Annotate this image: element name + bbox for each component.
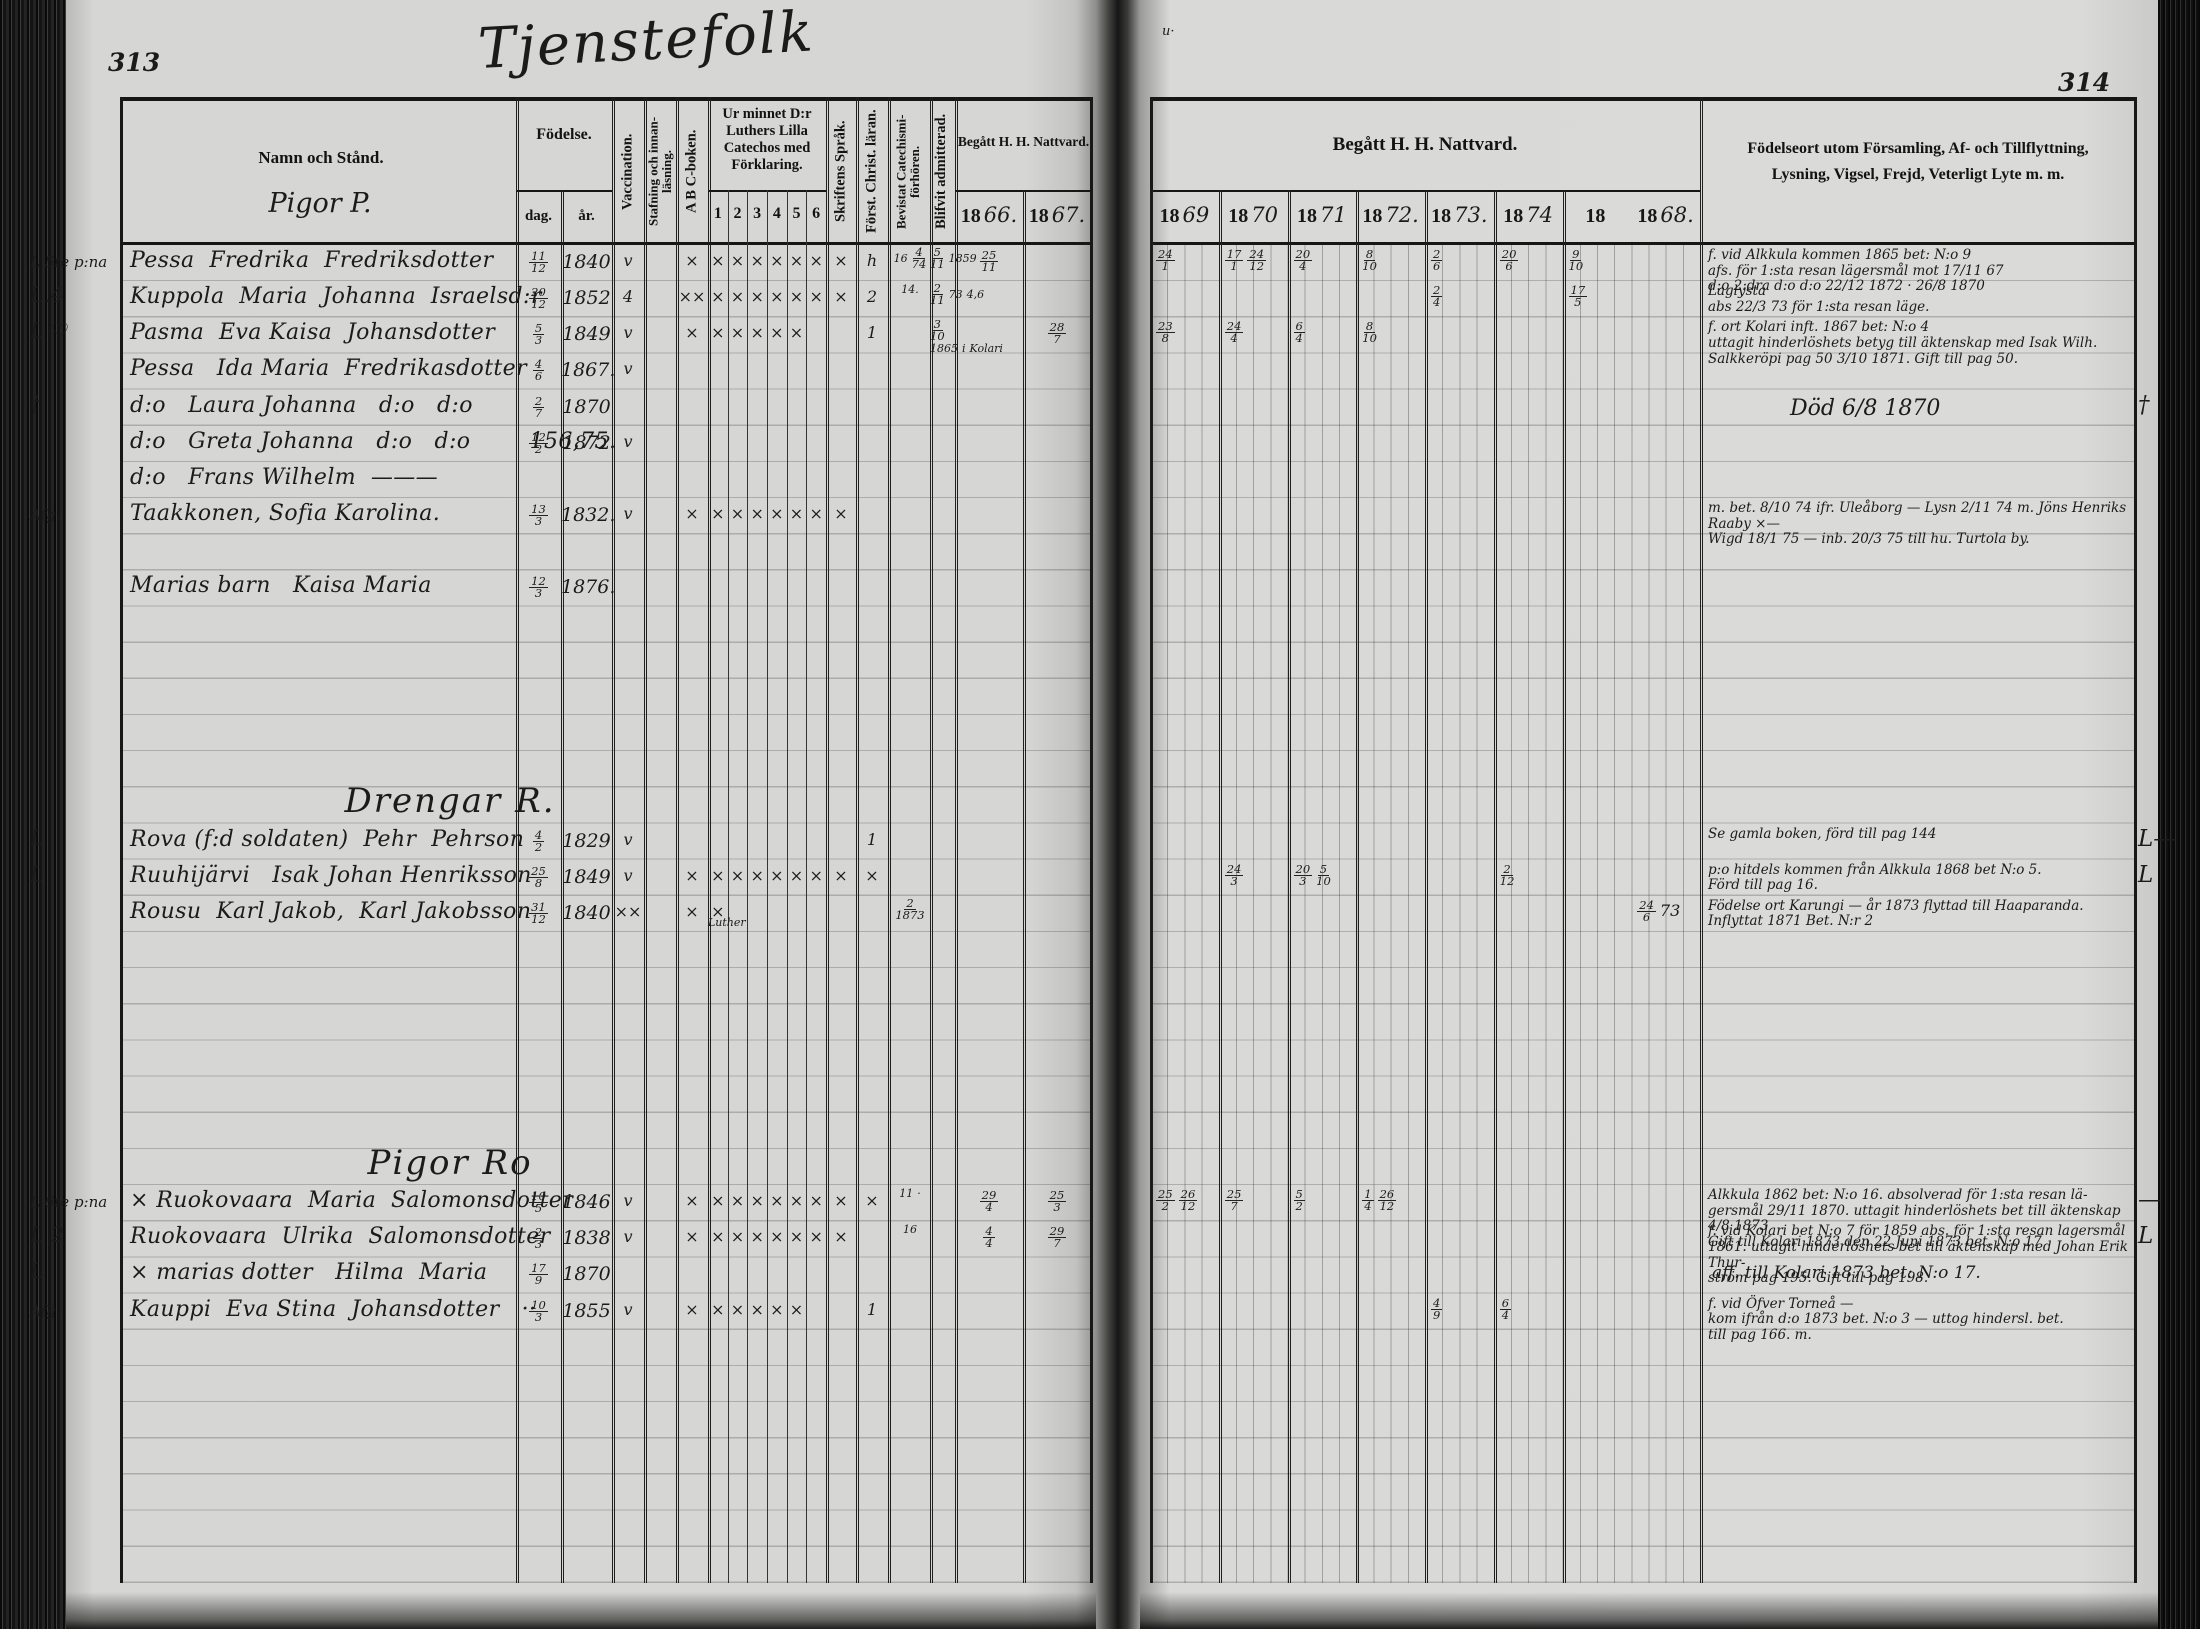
communion-1872: 24 (1429, 285, 1492, 308)
communion-1868: 241 (1154, 249, 1217, 272)
year-header-1869: 1870 (1219, 203, 1288, 228)
entry-name: d:o Frans Wilhelm ——— (130, 465, 438, 490)
date-fraction: 243 (1225, 864, 1244, 887)
entry-name: Pasma Eva Kaisa Johansdotter (130, 320, 495, 345)
col-header-christ-doctrine: Först. Christ. läran. (856, 100, 888, 243)
left-table-right-border (1090, 97, 1093, 1583)
death-note: Död 6/8 1870 (1790, 396, 1940, 421)
communion-1868: 238 (1154, 321, 1217, 344)
communion-1866: 2511 (955, 250, 1023, 273)
communion-1869: 1712412 (1223, 249, 1286, 272)
birth-year: 1852 (561, 287, 612, 309)
communion-1873: 64 (1498, 1298, 1561, 1321)
catechism-mark: × (728, 323, 748, 342)
birth-year: 1870 (561, 396, 612, 418)
note-line: kom ifrån d:o 1873 bet. N:o 3 — uttog hi… (1708, 1312, 2130, 1328)
date-fraction: 103 (529, 1300, 548, 1323)
margin-note-right: — (2138, 1187, 2188, 1213)
parish-register-scan: Tjenstefolk 313 314 u· Namn och Stånd. P… (0, 0, 2200, 1629)
catechism-mark: × (708, 866, 728, 885)
catechism-mark: × (767, 1300, 787, 1319)
birth-year: 1846 (561, 1191, 612, 1213)
col-header-birth-day: dag. (516, 208, 561, 225)
entry-note: m. bet. 8/10 74 ifr. Uleåborg — Lysn 2/1… (1708, 501, 2130, 548)
year-header-1874: 18 (1563, 203, 1632, 228)
date-fraction: 21873 (895, 898, 924, 921)
christ-doctrine-mark: 1 (856, 1300, 888, 1319)
communion-1869: 257 (1223, 1189, 1286, 1212)
date-fraction: 23 (533, 1227, 544, 1250)
date-fraction: 238 (1156, 321, 1175, 344)
catechism-mark: × (767, 251, 787, 270)
vaccination-mark: v (612, 1191, 644, 1210)
catechism-mark: × (767, 504, 787, 523)
catechism-mark: × (708, 287, 728, 306)
handwritten-token: · (917, 1187, 921, 1200)
communion-1869: 244 (1223, 321, 1286, 344)
abc-mark: × (676, 323, 708, 342)
date-fraction: 244 (1225, 321, 1244, 344)
book-gutter (1096, 0, 1140, 1629)
margin-note: L (30, 826, 118, 850)
note-line: m. bet. 8/10 74 ifr. Uleåborg — Lysn 2/1… (1708, 501, 2130, 532)
date-fraction: 133 (529, 504, 548, 527)
date-fraction: 297 (1048, 1226, 1067, 1249)
entry-name: Ruuhijärvi Isak Johan Henriksson (130, 863, 532, 888)
note-line: till pag 166. m. (1708, 1328, 2130, 1344)
attended-value: 14. (888, 283, 932, 296)
note-line: abs 22/3 73 för 1:sta resan läge. (1708, 300, 2130, 316)
catechism-mark: × (747, 1227, 767, 1246)
catechism-mark: × (747, 323, 767, 342)
year-handwritten: 72. (1385, 203, 1418, 227)
date-fraction: 64 (1500, 1298, 1511, 1321)
catechism-mark: × (747, 866, 767, 885)
handwritten-token: 16 (903, 1223, 917, 1236)
communion-1871: 810 (1360, 249, 1423, 272)
christ-doctrine-mark: 1 (856, 323, 888, 342)
date-fraction: 44 (983, 1226, 994, 1249)
year-header-1873: 1874 (1494, 203, 1563, 228)
stray-mark: u· (1162, 24, 1175, 39)
birth-day: 46 (516, 359, 561, 382)
right-page-bottom-shadow (1140, 1592, 2158, 1629)
handwritten-token: i (962, 342, 966, 355)
communion-1870: 203510 (1292, 864, 1355, 887)
col-header-vaccination: Vaccination. (612, 100, 644, 243)
note-line: f. ort Kolari inft. 1867 bet: N:o 4 (1708, 320, 2130, 336)
year-subcolumn-lines (1150, 245, 1700, 1583)
margin-note-right: L (2138, 1223, 2188, 1249)
christ-doctrine-mark: h (856, 251, 888, 270)
date-fraction: 203 (1294, 864, 1313, 887)
birth-year: 1832. (561, 504, 612, 526)
catechism-mark: × (728, 287, 748, 306)
attended-value: 11· (888, 1187, 932, 1200)
vaccination-mark: 4 (612, 287, 644, 306)
communion-1868: 2522612 (1154, 1189, 1217, 1212)
col-header-communion-right: Begått H. H. Nattvard. (1150, 134, 1700, 156)
date-fraction: 212 (1500, 864, 1515, 887)
date-fraction: 46 (533, 359, 544, 382)
date-fraction: 211 (930, 283, 945, 306)
col-header-notes-line2: Lysning, Vigsel, Frejd, Veterligt Lyte m… (1700, 166, 2136, 184)
catechism-mark: × (806, 504, 826, 523)
catechism-col-number: 5 (787, 205, 807, 223)
communion-1866: 44 (955, 1226, 1023, 1249)
margin-note-right: L— (2138, 826, 2188, 852)
date-fraction: 1112 (529, 251, 548, 274)
entry-name: Taakkonen, Sofia Karolina. (130, 501, 440, 526)
col-header-catechism: Ur minnet D:r Luthers Lilla Catechos med… (710, 106, 824, 174)
date-fraction: 42 (533, 830, 544, 853)
date-fraction: 257 (1225, 1189, 1244, 1212)
date-fraction: 123 (529, 576, 548, 599)
catechism-mark: × (767, 1227, 787, 1246)
birth-year: 1840 (561, 251, 612, 273)
catechism-mark: × (806, 287, 826, 306)
scripture-mark: × (826, 866, 856, 885)
birth-year: 1872 (561, 432, 612, 454)
scripture-mark: × (826, 1191, 856, 1210)
note-line: Förd till pag 16. (1708, 878, 2130, 894)
margin-note-right: L (2138, 862, 2188, 888)
handwritten-token: Kolari (970, 342, 1003, 355)
entry-name: Rousu Karl Jakob, Karl Jakobsson (130, 899, 531, 924)
communion-1870: 204 (1292, 249, 1355, 272)
margin-note: L 2 (30, 1223, 118, 1247)
communion-1870: 52 (1292, 1189, 1355, 1212)
catechism-mark: × (767, 1191, 787, 1210)
vaccination-mark: v (612, 323, 644, 342)
catechism-mark: × (728, 251, 748, 270)
vaccination-mark: v (612, 251, 644, 270)
vaccination-mark: v (612, 1300, 644, 1319)
handwritten-token: 11 (899, 1187, 913, 1200)
date-fraction: 258 (529, 866, 548, 889)
catechism-col-number: 3 (747, 205, 767, 223)
catechism-mark: × (806, 251, 826, 270)
entry-name: Kauppi Eva Stina Johansdotter ·· (130, 1297, 536, 1322)
catechism-mark: × (708, 323, 728, 342)
vaccination-mark: v (612, 432, 644, 451)
right-table-right-border (2134, 97, 2137, 1583)
year-header-1867: 1867. (1023, 203, 1091, 228)
year-handwritten: 74 (1526, 203, 1553, 227)
entry-note: Laglystaabs 22/3 73 för 1:sta resan läge… (1708, 284, 2130, 315)
note-line: p:o hitdels kommen från Alkkula 1868 bet… (1708, 863, 2130, 879)
date-fraction: 2511 (980, 250, 999, 273)
col-header-attended: Bevistat Catechismi-förhören. (888, 100, 928, 243)
year-printed: 18 (1585, 205, 1605, 227)
year-printed: 18 (1160, 205, 1180, 227)
birth-day: 105 (516, 1191, 561, 1214)
margin-note-right: † (2138, 392, 2188, 418)
communion-1867: 297 (1023, 1226, 1091, 1249)
date-fraction: 253 (1048, 1190, 1067, 1213)
catechism-mark: × (708, 504, 728, 523)
margin-note: Afg. (30, 1302, 118, 1320)
date-fraction: 171 (1225, 249, 1244, 272)
year-handwritten: 68. (1660, 203, 1693, 227)
handwritten-token: 14. (901, 283, 919, 296)
date-fraction: 474 (912, 247, 927, 270)
communion-1867: 287 (1023, 322, 1091, 345)
entry-name: Pessa Fredrika Fredriksdotter (130, 248, 493, 273)
date-fraction: 511 (930, 247, 945, 270)
birth-year: 1876. (561, 576, 612, 598)
date-fraction: 810 (1362, 249, 1377, 272)
margin-note: L ♡ (30, 319, 118, 343)
catechism-mark: × (747, 1191, 767, 1210)
birth-day: 1112 (516, 251, 561, 274)
communion-18: 24673 (1635, 900, 1698, 923)
entry-note: f. vid Öfver Torneå —kom ifrån d:o 1873 … (1708, 1297, 2130, 1344)
date-fraction: 287 (1048, 322, 1067, 345)
catechism-mark: × (787, 1300, 807, 1319)
communion-1871: 810 (1360, 321, 1423, 344)
birth-day: 258 (516, 866, 561, 889)
note-line: Födelse ort Karungi — år 1873 flyttad ti… (1708, 899, 2130, 915)
birth-day: 2012 (516, 287, 561, 310)
date-fraction: 3112 (529, 902, 548, 925)
birth-year: 1849 (561, 866, 612, 888)
page-number-right: 314 (2058, 68, 2110, 97)
note-line: Wigd 18/1 75 — inb. 20/3 75 till hu. Tur… (1708, 532, 2130, 548)
catechism-mark: × (787, 1191, 807, 1210)
entry-name: Marias barn Kaisa Maria (130, 573, 432, 598)
date-fraction: 179 (529, 1263, 548, 1286)
communion-1874: 175 (1567, 285, 1630, 308)
catechism-mark: × (787, 504, 807, 523)
catechism-mark: × (806, 1227, 826, 1246)
catechism-col-number: 4 (767, 205, 787, 223)
year-header-1872: 1873. (1425, 203, 1494, 228)
catechism-mark: × (747, 251, 767, 270)
year-header-18: 1868. (1631, 203, 1700, 228)
note-line: f. vid Kolari bet N:o 7 för 1859 abs. fö… (1708, 1224, 2130, 1240)
date-fraction: 2612 (1378, 1189, 1397, 1212)
note-line: uttagit hinderlöshets betyg till äktensk… (1708, 336, 2130, 352)
birth-year: 1838 (561, 1227, 612, 1249)
col-header-scripture: Skriftens Språk. (826, 100, 856, 243)
birth-year: 1849 (561, 323, 612, 345)
col-header-communion-left: Begått H. H. Nattvard. (955, 134, 1092, 150)
book-edge-left (0, 0, 66, 1629)
note-line: Alkkula 1862 bet: N:o 16. absolverad för… (1708, 1188, 2130, 1204)
date-fraction: 310 (930, 319, 945, 342)
christ-doctrine-mark: 2 (856, 287, 888, 306)
abc-mark: × (676, 866, 708, 885)
birth-day: 42 (516, 830, 561, 853)
catechism-mark: × (728, 1227, 748, 1246)
birth-day: 27 (516, 396, 561, 419)
vaccination-mark: v (612, 1227, 644, 1246)
date-fraction: 252 (1156, 1189, 1175, 1212)
left-page-bottom-shadow (66, 1592, 1096, 1629)
left-table-top-border (120, 97, 1092, 101)
abc-mark: ×× (676, 287, 708, 306)
communion-1867: 253 (1023, 1190, 1091, 1213)
entry-note: Se gamla boken, förd till pag 144 (1708, 827, 2130, 843)
entry-name: Ruokovaara Ulrika Salomonsdotter (130, 1224, 551, 1249)
catechism-mark: × (767, 287, 787, 306)
attended-value: 16474 (888, 247, 932, 270)
year-header-1870: 1871 (1288, 203, 1357, 228)
scripture-mark: × (826, 504, 856, 523)
col-header-abc-book: A B C-boken. (676, 100, 708, 243)
catechism-mark: × (787, 1227, 807, 1246)
year-handwritten: 71 (1320, 203, 1347, 227)
note-line: Salkkeröpi pag 50 3/10 1871. Gift till p… (1708, 352, 2130, 368)
entry-name: d:o Laura Johanna d:o d:o (130, 393, 473, 418)
page-number-left: 313 (108, 48, 160, 77)
margin-note: L 6te p:na (30, 1193, 118, 1211)
entry-note: f. ort Kolari inft. 1867 bet: N:o 4uttag… (1708, 320, 2130, 367)
entry-name: Pessa Ida Maria Fredrikasdotter (130, 356, 527, 381)
catechism-mark: × (708, 251, 728, 270)
birth-year: 1840 (561, 902, 612, 924)
catechism-mark: × (767, 323, 787, 342)
catechism-mark: × (728, 1300, 748, 1319)
catechism-mark: × (787, 251, 807, 270)
catechism-mark: × (708, 1227, 728, 1246)
col-header-name: Namn och Stånd. (126, 148, 516, 168)
entry-name: Rova (f:d soldaten) Pehr Pehrson (130, 827, 524, 852)
year-handwritten: 70 (1251, 203, 1278, 227)
scripture-mark: × (826, 251, 856, 270)
col-header-birth: Födelse. (516, 126, 612, 144)
admitted-value: 211734,6 (928, 283, 992, 306)
margin-note: † (30, 392, 118, 416)
section-heading: Drengar R. (250, 781, 650, 821)
right-table-top-border (1150, 97, 2136, 101)
entry-note: aff. till Kolari 1873 bet: N:o 17. (1712, 1263, 1981, 1283)
date-fraction: 27 (533, 396, 544, 419)
admitted-value: 3101865iKolari (928, 319, 992, 355)
year-handwritten: 69 (1183, 203, 1210, 227)
abc-mark: × (676, 1191, 708, 1210)
margin-note: L (30, 862, 118, 886)
date-fraction: 204 (1294, 249, 1313, 272)
vaccination-mark: v (612, 504, 644, 523)
entry-note: Födelse ort Karungi — år 1873 flyttad ti… (1708, 899, 2130, 930)
birth-year: 1829 (561, 830, 612, 852)
date-fraction: 910 (1569, 249, 1584, 272)
birth-year: 1867. (561, 359, 612, 381)
birth-day: 23 (516, 1227, 561, 1250)
handwritten-token: 73 (949, 288, 963, 301)
communion-1866: 294 (955, 1190, 1023, 1213)
attended-value: 16 (888, 1223, 932, 1236)
margin-note: L 5te p:na (30, 253, 118, 271)
year-header-1866: 1866. (955, 203, 1023, 228)
date-fraction: 810 (1362, 321, 1377, 344)
entry-name: Kuppola Maria Johanna Israelsd:r (130, 284, 542, 309)
communion-1874: 910 (1567, 249, 1630, 272)
catechism-mark: × (728, 866, 748, 885)
margin-note: L.4 (30, 283, 118, 307)
catechism-mark: × (747, 287, 767, 306)
vaccination-mark: v (612, 359, 644, 378)
scripture-mark: × (826, 287, 856, 306)
catechism-col-number: 6 (806, 205, 826, 223)
section-heading: Pigor Ro (250, 1143, 650, 1183)
margin-note: Afg. (30, 506, 118, 524)
birth-year: 1870 (561, 1263, 612, 1285)
handwritten-token: 73 (1660, 901, 1680, 920)
col-header-birth-year: år. (561, 208, 612, 225)
birth-day: 53 (516, 323, 561, 346)
abc-mark: × (676, 1227, 708, 1246)
abc-mark: × (676, 1300, 708, 1319)
catechism-mark: × (787, 866, 807, 885)
year-printed: 18 (1362, 205, 1382, 227)
catechism-mark: × (747, 1300, 767, 1319)
entry-name: × marias dotter Hilma Maria (130, 1260, 487, 1285)
communion-1873: 212 (1498, 864, 1561, 887)
date-fraction: 52 (1294, 1189, 1305, 1212)
date-fraction: 510 (1316, 864, 1331, 887)
date-fraction: 241 (1156, 249, 1175, 272)
date-fraction: 2412 (1247, 249, 1266, 272)
book-edge-right (2158, 0, 2200, 1629)
date-fraction: 49 (1431, 1298, 1442, 1321)
christ-doctrine-mark: × (856, 1191, 888, 1210)
catechism-note: Luther (708, 916, 778, 929)
note-line: Se gamla boken, förd till pag 144 (1708, 827, 2130, 843)
year-printed: 18 (1228, 205, 1248, 227)
birth-year: 1855 (561, 1300, 612, 1322)
catechism-mark: × (708, 1191, 728, 1210)
birth-day: 122 (516, 432, 561, 455)
catechism-col-number: 2 (728, 205, 748, 223)
entry-note: p:o hitdels kommen från Alkkula 1868 bet… (1708, 863, 2130, 894)
communion-1871: 142612 (1360, 1189, 1423, 1212)
date-fraction: 105 (529, 1191, 548, 1214)
note-line: afs. för 1:sta resan lägersmål mot 17/11… (1708, 264, 2130, 280)
catechism-mark: × (806, 1191, 826, 1210)
year-printed: 18 (1431, 205, 1451, 227)
attended-value: 21873 (888, 898, 932, 921)
date-fraction: 206 (1500, 249, 1519, 272)
handwritten-token: 1865 (930, 342, 958, 355)
year-printed: 18 (1503, 205, 1523, 227)
catechism-mark: × (806, 866, 826, 885)
birth-day: 179 (516, 1263, 561, 1286)
catechism-mark: × (728, 1191, 748, 1210)
date-fraction: 64 (1294, 321, 1305, 344)
year-header-1871: 1872. (1356, 203, 1425, 228)
date-fraction: 14 (1362, 1189, 1373, 1212)
year-printed: 18 (1297, 205, 1317, 227)
handwritten-token: 4,6 (967, 288, 985, 301)
year-handwritten: 67. (1052, 203, 1085, 227)
date-fraction: 175 (1569, 285, 1588, 308)
catechism-mark: × (708, 1300, 728, 1319)
year-header-1868: 1869 (1150, 203, 1219, 228)
catechism-mark: × (767, 866, 787, 885)
note-line: f. vid Alkkula kommen 1865 bet: N:o 9 (1708, 248, 2130, 264)
note-line: Laglysta (1708, 284, 2130, 300)
vaccination-mark: v (612, 830, 644, 849)
year-printed: 18 (1637, 205, 1657, 227)
vaccination-mark: ×× (612, 902, 644, 921)
abc-mark: × (676, 504, 708, 523)
col-header-notes-line1: Födelseort utom Församling, Af- och Till… (1700, 140, 2136, 158)
christ-doctrine-mark: 1 (856, 830, 888, 849)
birth-day: 103 (516, 1300, 561, 1323)
